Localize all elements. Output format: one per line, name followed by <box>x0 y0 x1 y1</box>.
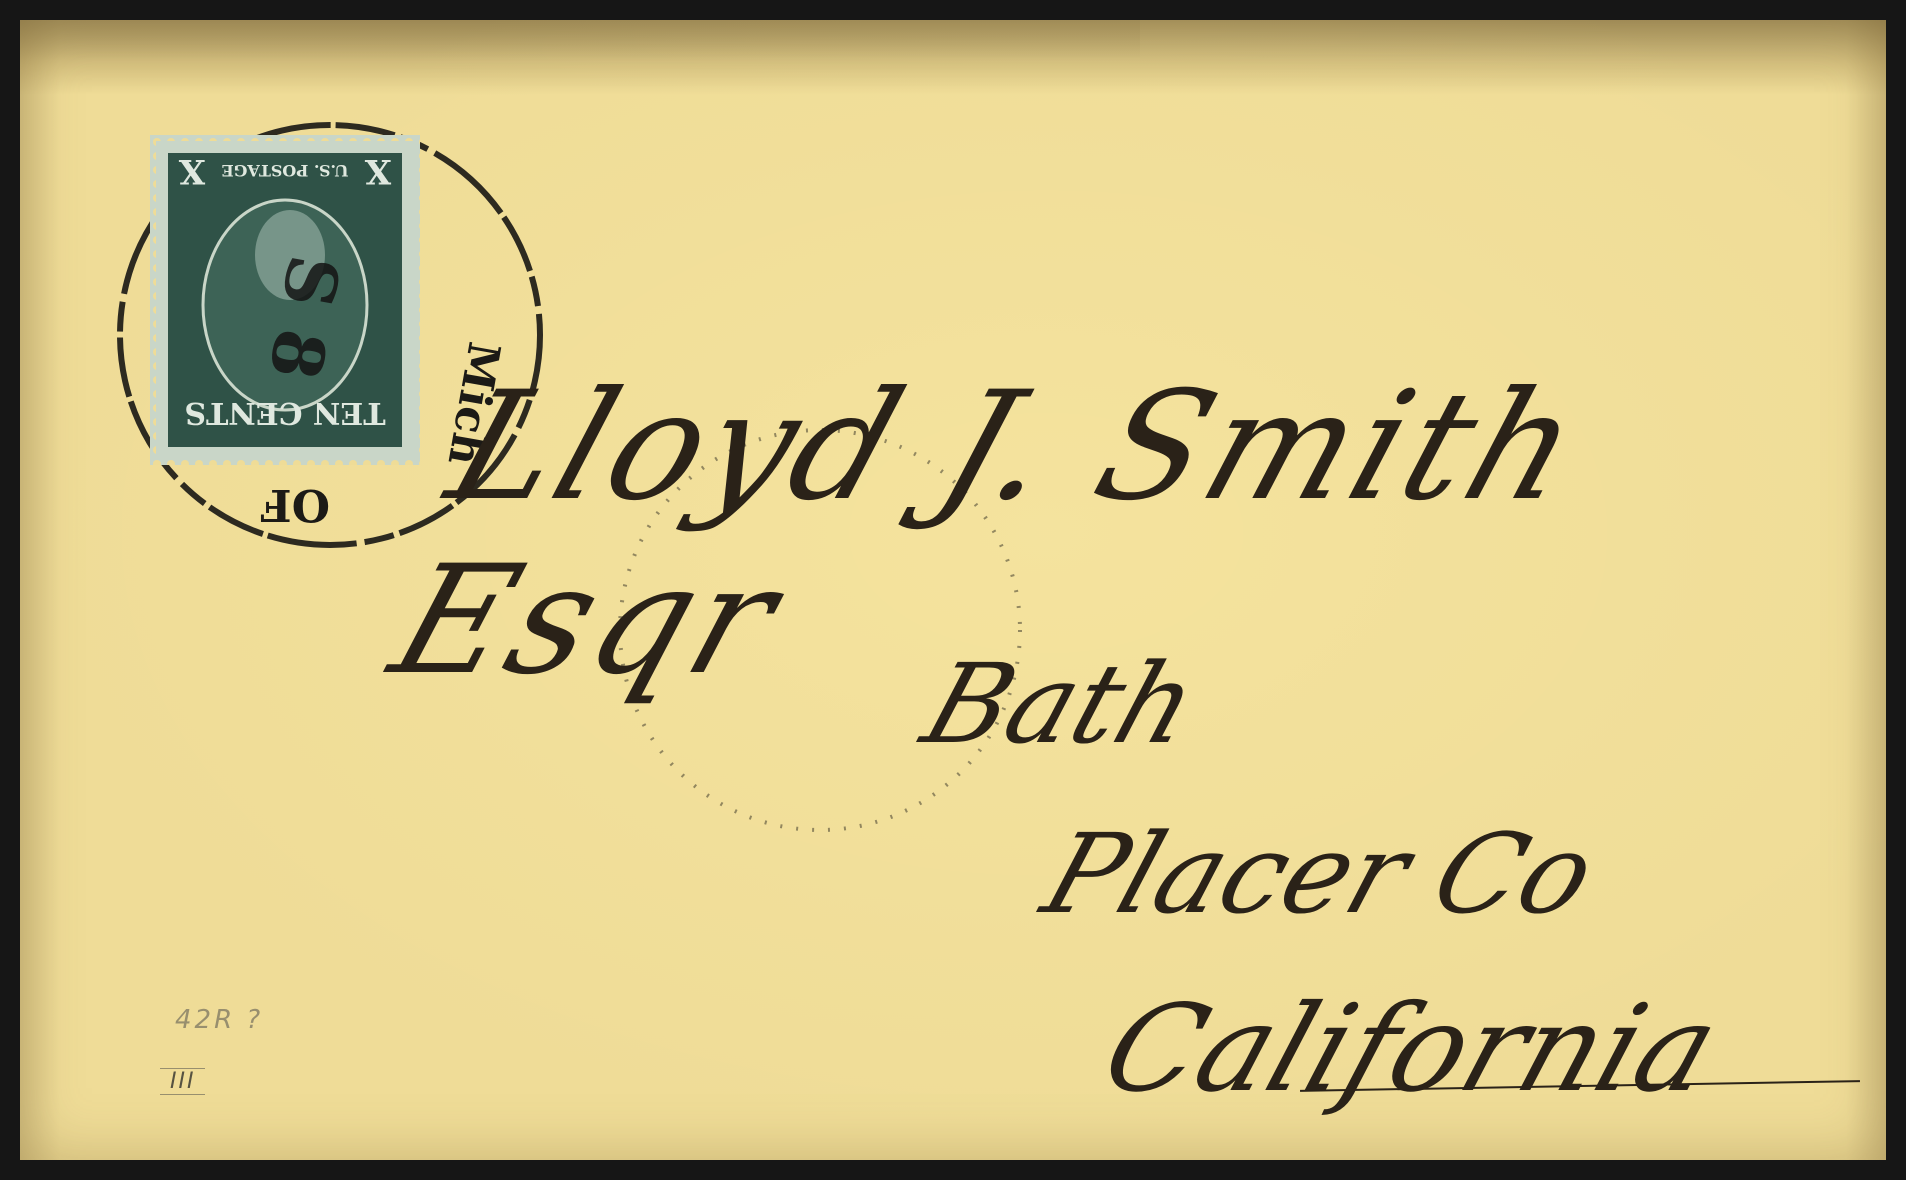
stamp-denomination: TEN CENTS <box>184 395 385 430</box>
stamp-corner-right: X <box>178 151 205 191</box>
address-line-state: California <box>1087 980 1734 1119</box>
address-line-county: Placer Co <box>1029 810 1610 938</box>
address-line-town: Bath <box>909 640 1212 768</box>
stamp-corner-left: X <box>364 151 391 191</box>
stamp: TEN CENTS U.S. POSTAGE X X S 8 <box>150 135 420 465</box>
pencil-type-note: III <box>160 1068 205 1095</box>
stamp-country: U.S. POSTAGE <box>221 161 348 180</box>
pencil-catalog-note: 42R ? <box>175 1005 263 1035</box>
